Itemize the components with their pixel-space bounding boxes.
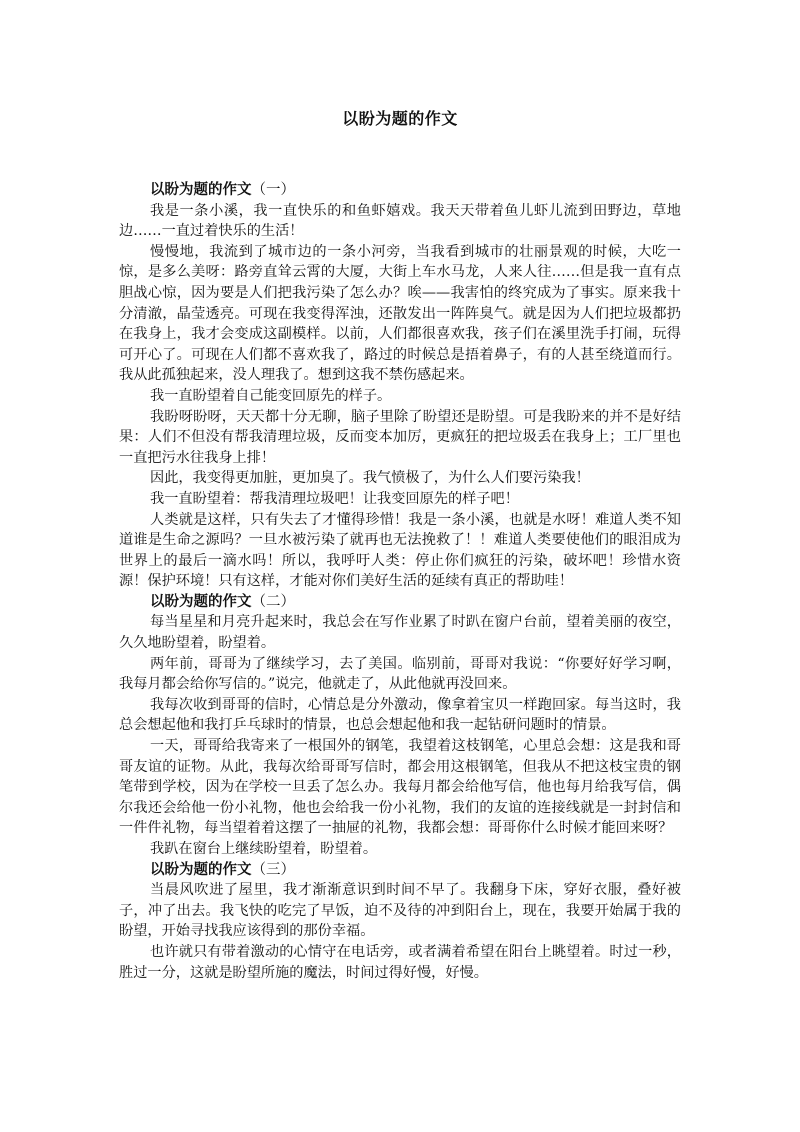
paragraph: 我每次收到哥哥的信时，心情总是分外激动，像拿着宝贝一样跑回家。每当这时，我总会想… bbox=[119, 695, 681, 736]
paragraph: 当晨风吹进了屋里，我才渐渐意识到时间不早了。我翻身下床，穿好衣服，叠好被子，冲了… bbox=[119, 880, 681, 942]
paragraph: 我盼呀盼呀，天天都十分无聊，脑子里除了盼望还是盼望。可是我盼来的并不是好结果：人… bbox=[119, 407, 681, 469]
section-heading-number: （二） bbox=[252, 594, 296, 610]
page-title: 以盼为题的作文 bbox=[0, 106, 800, 129]
paragraph: 人类就是这样，只有失去了才懂得珍惜！我是一条小溪，也就是水呀！难道人类不知道谁是… bbox=[119, 510, 681, 592]
paragraph: 我一直盼望着：帮我清理垃圾吧！让我变回原先的样子吧！ bbox=[119, 489, 681, 510]
paragraph: 每当星星和月亮升起来时，我总会在写作业累了时趴在窗户台前，望着美丽的夜空，久久地… bbox=[119, 612, 681, 653]
essay-section-3: 以盼为题的作文（三） 当晨风吹进了屋里，我才渐渐意识到时间不早了。我翻身下床，穿… bbox=[119, 860, 681, 984]
paragraph: 一天，哥哥给我寄来了一根国外的钢笔，我望着这枝钢笔，心里总会想：这是我和哥哥友谊… bbox=[119, 736, 681, 839]
section-heading-title: 以盼为题的作文 bbox=[150, 594, 252, 610]
paragraph: 我一直盼望着自己能变回原先的样子。 bbox=[119, 386, 681, 407]
paragraph: 也许就只有带着激动的心情守在电话旁，或者满着希望在阳台上眺望着。时过一秒，胜过一… bbox=[119, 942, 681, 983]
essay-section-2: 以盼为题的作文（二） 每当星星和月亮升起来时，我总会在写作业累了时趴在窗户台前，… bbox=[119, 592, 681, 860]
paragraph: 我是一条小溪，我一直快乐的和鱼虾嬉戏。我天天带着鱼儿虾儿流到田野边，草地边……一… bbox=[119, 201, 681, 242]
section-heading-title: 以盼为题的作文 bbox=[150, 862, 252, 878]
paragraph: 我趴在窗台上继续盼望着，盼望着。 bbox=[119, 839, 681, 860]
essay-section-1: 以盼为题的作文（一） 我是一条小溪，我一直快乐的和鱼虾嬉戏。我天天带着鱼儿虾儿流… bbox=[119, 180, 681, 592]
section-heading: 以盼为题的作文（三） bbox=[119, 860, 681, 881]
paragraph: 因此，我变得更加脏，更加臭了。我气愤极了，为什么人们要污染我！ bbox=[119, 468, 681, 489]
section-heading: 以盼为题的作文（一） bbox=[119, 180, 681, 201]
section-heading-number: （三） bbox=[252, 862, 296, 878]
paragraph: 两年前，哥哥为了继续学习，去了美国。临别前，哥哥对我说：“你要好好学习啊，我每月… bbox=[119, 654, 681, 695]
section-heading: 以盼为题的作文（二） bbox=[119, 592, 681, 613]
paragraph: 慢慢地，我流到了城市边的一条小河旁，当我看到城市的壮丽景观的时候，大吃一惊，是多… bbox=[119, 242, 681, 386]
document-body: 以盼为题的作文（一） 我是一条小溪，我一直快乐的和鱼虾嬉戏。我天天带着鱼儿虾儿流… bbox=[119, 180, 681, 983]
section-heading-number: （一） bbox=[252, 182, 296, 198]
section-heading-title: 以盼为题的作文 bbox=[150, 182, 252, 198]
